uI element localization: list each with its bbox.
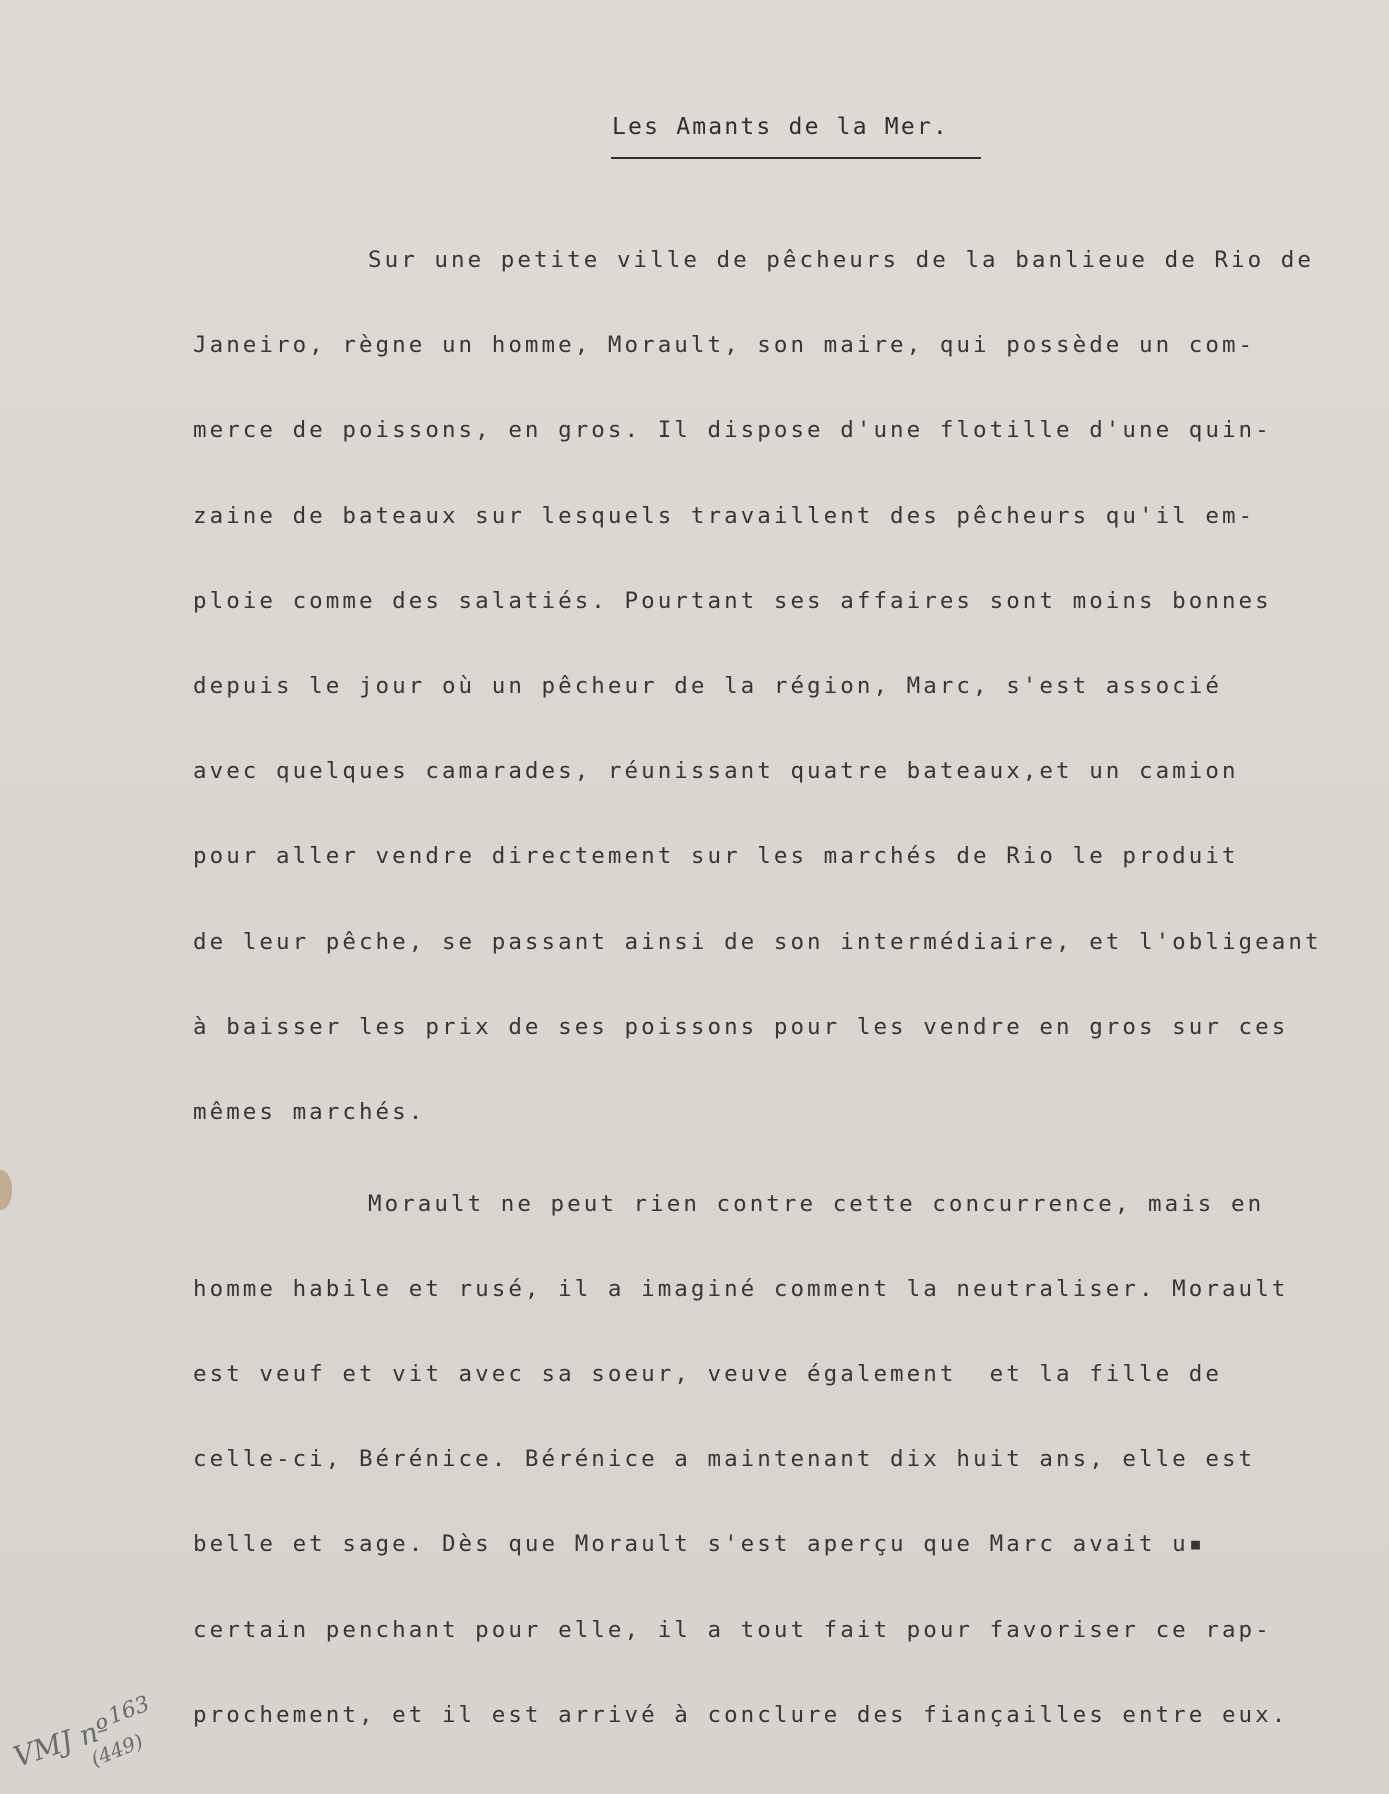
text-line: à baisser les prix de ses poissons pour … [193, 1014, 1288, 1040]
text-line: belle et sage. Dès que Morault s'est ape… [193, 1531, 1205, 1557]
text-line: pour aller vendre directement sur les ma… [193, 843, 1239, 869]
text-line: avec quelques camarades, réunissant quat… [193, 758, 1239, 784]
document-page: Les Amants de la Mer. Sur une petite vil… [0, 0, 1389, 1794]
text-line: prochement, et il est arrivé à conclure … [193, 1702, 1288, 1728]
text-line: homme habile et rusé, il a imaginé comme… [193, 1276, 1288, 1302]
text-line: celle-ci, Bérénice. Bérénice a maintenan… [193, 1446, 1255, 1472]
text-line: Janeiro, règne un homme, Morault, son ma… [193, 332, 1255, 358]
text-line: ploie comme des salatiés. Pourtant ses a… [193, 588, 1272, 614]
paper-stain [0, 1170, 12, 1210]
text-line: Morault ne peut rien contre cette concur… [368, 1191, 1264, 1217]
text-line: zaine de bateaux sur lesquels travaillen… [193, 503, 1255, 529]
text-line: certain penchant pour elle, il a tout fa… [193, 1617, 1272, 1643]
margin-annotation: VMJ nº 163 (449) [12, 1690, 162, 1780]
text-line: merce de poissons, en gros. Il dispose d… [193, 417, 1272, 443]
text-line: mêmes marchés. [193, 1099, 425, 1125]
text-line: de leur pêche, se passant ainsi de son i… [193, 929, 1322, 955]
text-line: est veuf et vit avec sa soeur, veuve éga… [193, 1361, 1222, 1387]
text-line: depuis le jour où un pêcheur de la régio… [193, 673, 1222, 699]
text-line: Sur une petite ville de pêcheurs de la b… [368, 247, 1314, 273]
annotation-number: 163 [105, 1692, 153, 1730]
document-title: Les Amants de la Mer. [612, 114, 949, 140]
title-underline [611, 157, 981, 159]
